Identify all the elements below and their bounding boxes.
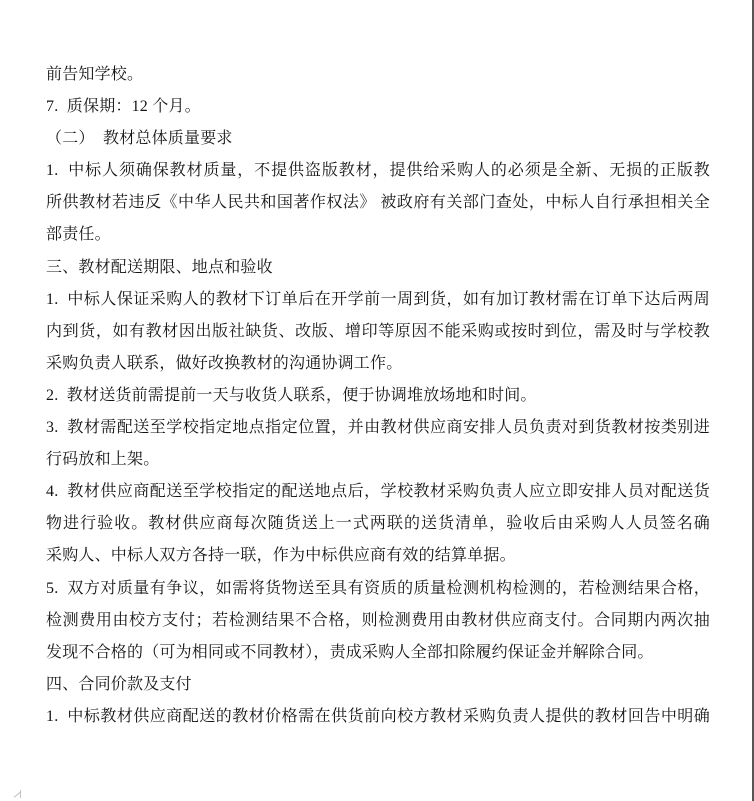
text-line: 7. 质保期：12 个月。: [46, 91, 710, 123]
text-line: 行码放和上架。: [46, 444, 710, 476]
text-line: 1. 中标人保证采购人的教材下订单后在开学前一周到货，如有加订教材需在订单下达后…: [46, 284, 710, 316]
text-line: （二） 教材总体质量要求: [46, 123, 710, 155]
document-text-body: 前告知学校。7. 质保期：12 个月。（二） 教材总体质量要求1. 中标人须确保…: [46, 59, 710, 733]
text-line: 3. 教材需配送至学校指定地点指定位置，并由教材供应商安排人员负责对到货教材按类…: [46, 412, 710, 444]
text-line: 物进行验收。教材供应商每次随货送上一式两联的送货清单，验收后由采购人人员签名确认…: [46, 508, 710, 540]
text-line: 检测费用由校方支付；若检测结果不合格，则检测费用由教材供应商支付。合同期内两次抽…: [46, 605, 710, 637]
text-line: 采购负责人联系，做好改换教材的沟通协调工作。: [46, 348, 710, 380]
text-line: 前告知学校。: [46, 59, 710, 91]
stray-pixel-artifact: [13, 790, 23, 799]
text-line: 四、合同价款及支付: [46, 669, 710, 701]
text-line: 内到货，如有教材因出版社缺货、改版、增印等原因不能采购或按时到位，需及时与学校教…: [46, 316, 710, 348]
text-line: 4. 教材供应商配送至学校指定的配送地点后，学校教材采购负责人应立即安排人员对配…: [46, 476, 710, 508]
text-line: 部责任。: [46, 219, 710, 251]
text-line: 1. 中标教材供应商配送的教材价格需在供货前向校方教材采购负责人提供的教材回告中…: [46, 701, 710, 733]
stray-pixel-artifact-tick: [20, 790, 21, 798]
text-line: 5. 双方对质量有争议，如需将货物送至具有资质的质量检测机构检测的，若检测结果合…: [46, 573, 710, 605]
text-line: 三、教材配送期限、地点和验收: [46, 252, 710, 284]
document-page: 前告知学校。7. 质保期：12 个月。（二） 教材总体质量要求1. 中标人须确保…: [0, 0, 754, 801]
text-line: 2. 教材送货前需提前一天与收货人联系，便于协调堆放场地和时间。: [46, 380, 710, 412]
text-line: 1. 中标人须确保教材质量，不提供盗版教材，提供给采购人的必须是全新、无损的正版…: [46, 155, 710, 187]
text-line: 所供教材若违反《中华人民共和国著作权法》 被政府有关部门查处，中标人自行承担相关…: [46, 187, 710, 219]
text-line: 发现不合格的（可为相同或不同教材），责成采购人全部扣除履约保证金并解除合同。: [46, 637, 710, 669]
text-line: 采购人、中标人双方各持一联，作为中标供应商有效的结算单据。: [46, 540, 710, 572]
